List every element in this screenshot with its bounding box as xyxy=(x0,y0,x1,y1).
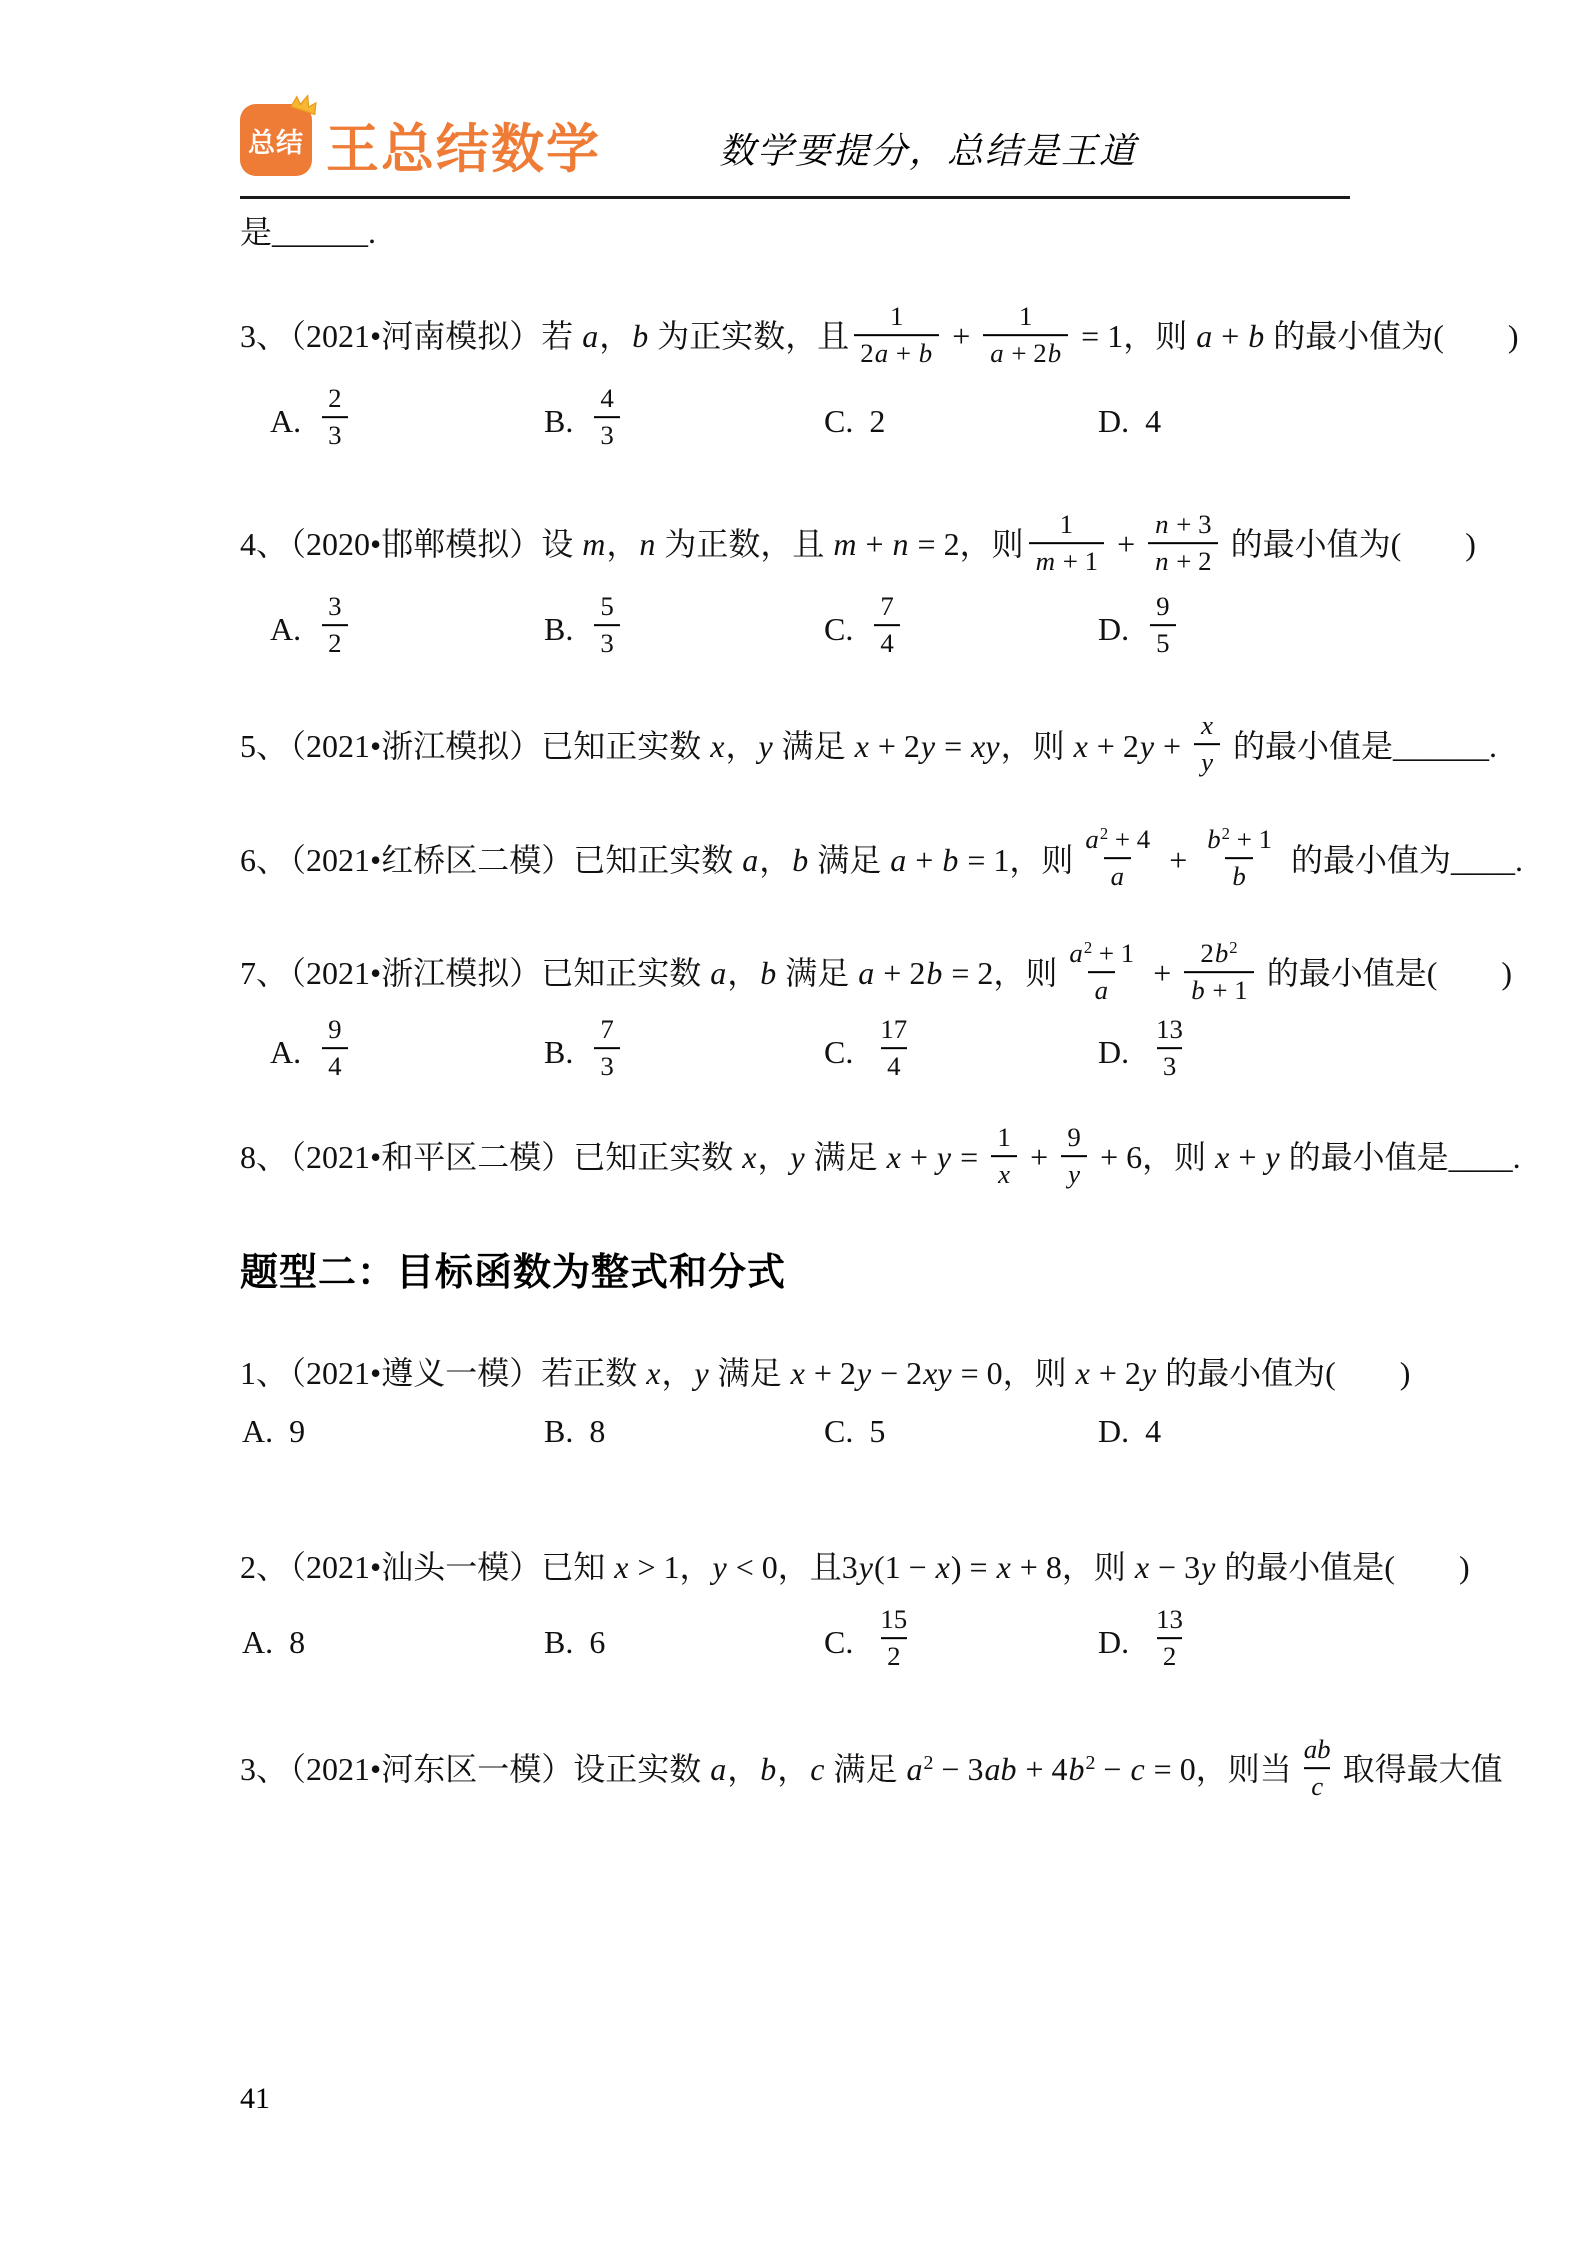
question-4-options: A.32 B.53 C.74 D.95 xyxy=(270,596,1350,664)
question-number: 1、 xyxy=(240,1355,290,1391)
option-c: C.2 xyxy=(824,403,1098,440)
carryover-blank-line: 是______. xyxy=(240,211,1350,254)
option-a: A.23 xyxy=(270,388,544,456)
worksheet-page: 总结 王总结数学 数学要提分，总结是王道 是______. 3、（2021•河南… xyxy=(0,0,1587,2245)
option-c: C.5 xyxy=(824,1413,1098,1450)
question-3-options: A.23 B.43 C.2 D.4 xyxy=(270,388,1350,456)
question-8: 8、（2021•和平区二模）已知正实数 x，y 满足 x + y = 1x + … xyxy=(240,1127,1350,1195)
question-number: 2、 xyxy=(240,1549,290,1585)
brand-tagline: 数学要提分，总结是王道 xyxy=(719,123,1137,174)
question-number: 8、 xyxy=(240,1139,290,1175)
option-label: C. xyxy=(824,1034,869,1071)
section-heading: 题型二：目标函数为整式和分式 xyxy=(240,1241,1350,1296)
option-label: D. xyxy=(1098,1624,1145,1661)
option-label: A. xyxy=(242,1624,289,1661)
option-label: B. xyxy=(544,403,589,440)
option-label: B. xyxy=(544,1413,589,1450)
option-value: 174 xyxy=(869,1019,918,1087)
blank-answer-text: 是______. xyxy=(240,214,376,250)
question-text: （2021•红桥区二模）已知正实数 a，b 满足 a + b = 1，则a2 +… xyxy=(290,842,1523,878)
question-text: （2021•和平区二模）已知正实数 x，y 满足 x + y = 1x + 9y… xyxy=(290,1139,1521,1175)
question-text: （2021•遵义一模）若正数 x，y 满足 x + 2y − 2xy = 0，则… xyxy=(290,1355,1410,1391)
option-a: A.94 xyxy=(270,1019,544,1087)
option-b: B.6 xyxy=(544,1624,824,1661)
option-c: C.174 xyxy=(824,1019,1098,1087)
option-value: 94 xyxy=(317,1019,352,1087)
option-value: 6 xyxy=(589,1624,605,1661)
option-value: 4 xyxy=(1145,403,1161,440)
option-value: 9 xyxy=(289,1413,305,1450)
option-d: D.4 xyxy=(1098,1413,1350,1450)
question-text: （2021•河东区一模）设正实数 a，b，c 满足 a2 − 3ab + 4b2… xyxy=(290,1751,1503,1787)
option-value: 4 xyxy=(1145,1413,1161,1450)
option-c: C.74 xyxy=(824,596,1098,664)
option-a: A.8 xyxy=(242,1624,544,1661)
question-text: （2021•汕头一模）已知 x > 1，y < 0，且3y(1 − x) = x… xyxy=(290,1549,1470,1585)
option-value: 2 xyxy=(869,403,885,440)
page-number: 41 xyxy=(240,2082,270,2116)
option-label: C. xyxy=(824,1413,869,1450)
question-number: 6、 xyxy=(240,842,290,878)
option-d: D.133 xyxy=(1098,1019,1350,1087)
option-c: C.152 xyxy=(824,1609,1098,1677)
option-label: B. xyxy=(544,1034,589,1071)
question-number: 3、 xyxy=(240,1751,290,1787)
question-number: 5、 xyxy=(240,728,290,764)
question-text: （2021•浙江模拟）已知正实数 a，b 满足 a + 2b = 2，则a2 +… xyxy=(290,955,1512,991)
brand-name: 王总结数学 xyxy=(326,123,601,176)
question-text: （2021•河南模拟）若 a，b 为正实数，且12a + b + 1a + 2b… xyxy=(290,318,1519,354)
question-6: 6、（2021•红桥区二模）已知正实数 a，b 满足 a + b = 1，则a2… xyxy=(240,829,1350,897)
header: 总结 王总结数学 数学要提分，总结是王道 xyxy=(240,0,1350,176)
option-label: B. xyxy=(544,1624,589,1661)
question-7-options: A.94 B.73 C.174 D.133 xyxy=(270,1019,1350,1087)
s2-question-1-options: A.9 B.8 C.5 D.4 xyxy=(242,1413,1350,1450)
s2-question-3: 3、（2021•河东区一模）设正实数 a，b，c 满足 a2 − 3ab + 4… xyxy=(240,1739,1350,1807)
option-a: A.32 xyxy=(270,596,544,664)
question-number: 3、 xyxy=(240,318,290,354)
option-b: B.53 xyxy=(544,596,824,664)
option-label: C. xyxy=(824,611,869,648)
option-label: A. xyxy=(242,1413,289,1450)
header-divider xyxy=(240,196,1350,199)
crown-icon xyxy=(287,89,322,119)
option-d: D.95 xyxy=(1098,596,1350,664)
option-value: 133 xyxy=(1145,1019,1194,1087)
option-value: 8 xyxy=(589,1413,605,1450)
question-4: 4、（2020•邯郸模拟）设 m，n 为正数，且 m + n = 2，则1m +… xyxy=(240,514,1350,582)
question-text: （2020•邯郸模拟）设 m，n 为正数，且 m + n = 2，则1m + 1… xyxy=(290,526,1476,562)
option-value: 43 xyxy=(589,388,624,456)
option-value: 23 xyxy=(317,388,352,456)
question-5: 5、（2021•浙江模拟）已知正实数 x，y 满足 x + 2y = xy，则 … xyxy=(240,715,1350,783)
s2-question-1: 1、（2021•遵义一模）若正数 x，y 满足 x + 2y − 2xy = 0… xyxy=(240,1352,1350,1395)
option-label: B. xyxy=(544,611,589,648)
option-value: 73 xyxy=(589,1019,624,1087)
question-number: 7、 xyxy=(240,955,290,991)
s2-question-2: 2、（2021•汕头一模）已知 x > 1，y < 0，且3y(1 − x) =… xyxy=(240,1546,1350,1589)
option-b: B.43 xyxy=(544,388,824,456)
option-value: 53 xyxy=(589,596,624,664)
option-value: 32 xyxy=(317,596,352,664)
option-label: C. xyxy=(824,1624,869,1661)
option-label: D. xyxy=(1098,611,1145,648)
question-text: （2021•浙江模拟）已知正实数 x，y 满足 x + 2y = xy，则 x … xyxy=(290,728,1497,764)
option-label: A. xyxy=(270,611,317,648)
option-label: D. xyxy=(1098,403,1145,440)
question-number: 4、 xyxy=(240,526,290,562)
question-3: 3、（2021•河南模拟）若 a，b 为正实数，且12a + b + 1a + … xyxy=(240,306,1350,374)
brand-logo: 总结 xyxy=(240,104,312,176)
option-value: 74 xyxy=(869,596,904,664)
option-label: C. xyxy=(824,403,869,440)
option-label: D. xyxy=(1098,1034,1145,1071)
logo-badge-text: 总结 xyxy=(248,121,304,160)
s2-question-2-options: A.8 B.6 C.152 D.132 xyxy=(242,1609,1350,1677)
option-label: A. xyxy=(270,1034,317,1071)
option-b: B.8 xyxy=(544,1413,824,1450)
option-d: D.4 xyxy=(1098,403,1350,440)
option-value: 8 xyxy=(289,1624,305,1661)
option-value: 132 xyxy=(1145,1609,1194,1677)
question-7: 7、（2021•浙江模拟）已知正实数 a，b 满足 a + 2b = 2，则a2… xyxy=(240,943,1350,1011)
option-b: B.73 xyxy=(544,1019,824,1087)
option-a: A.9 xyxy=(242,1413,544,1450)
option-d: D.132 xyxy=(1098,1609,1350,1677)
option-label: A. xyxy=(270,403,317,440)
option-label: D. xyxy=(1098,1413,1145,1450)
option-value: 152 xyxy=(869,1609,918,1677)
option-value: 5 xyxy=(869,1413,885,1450)
option-value: 95 xyxy=(1145,596,1180,664)
